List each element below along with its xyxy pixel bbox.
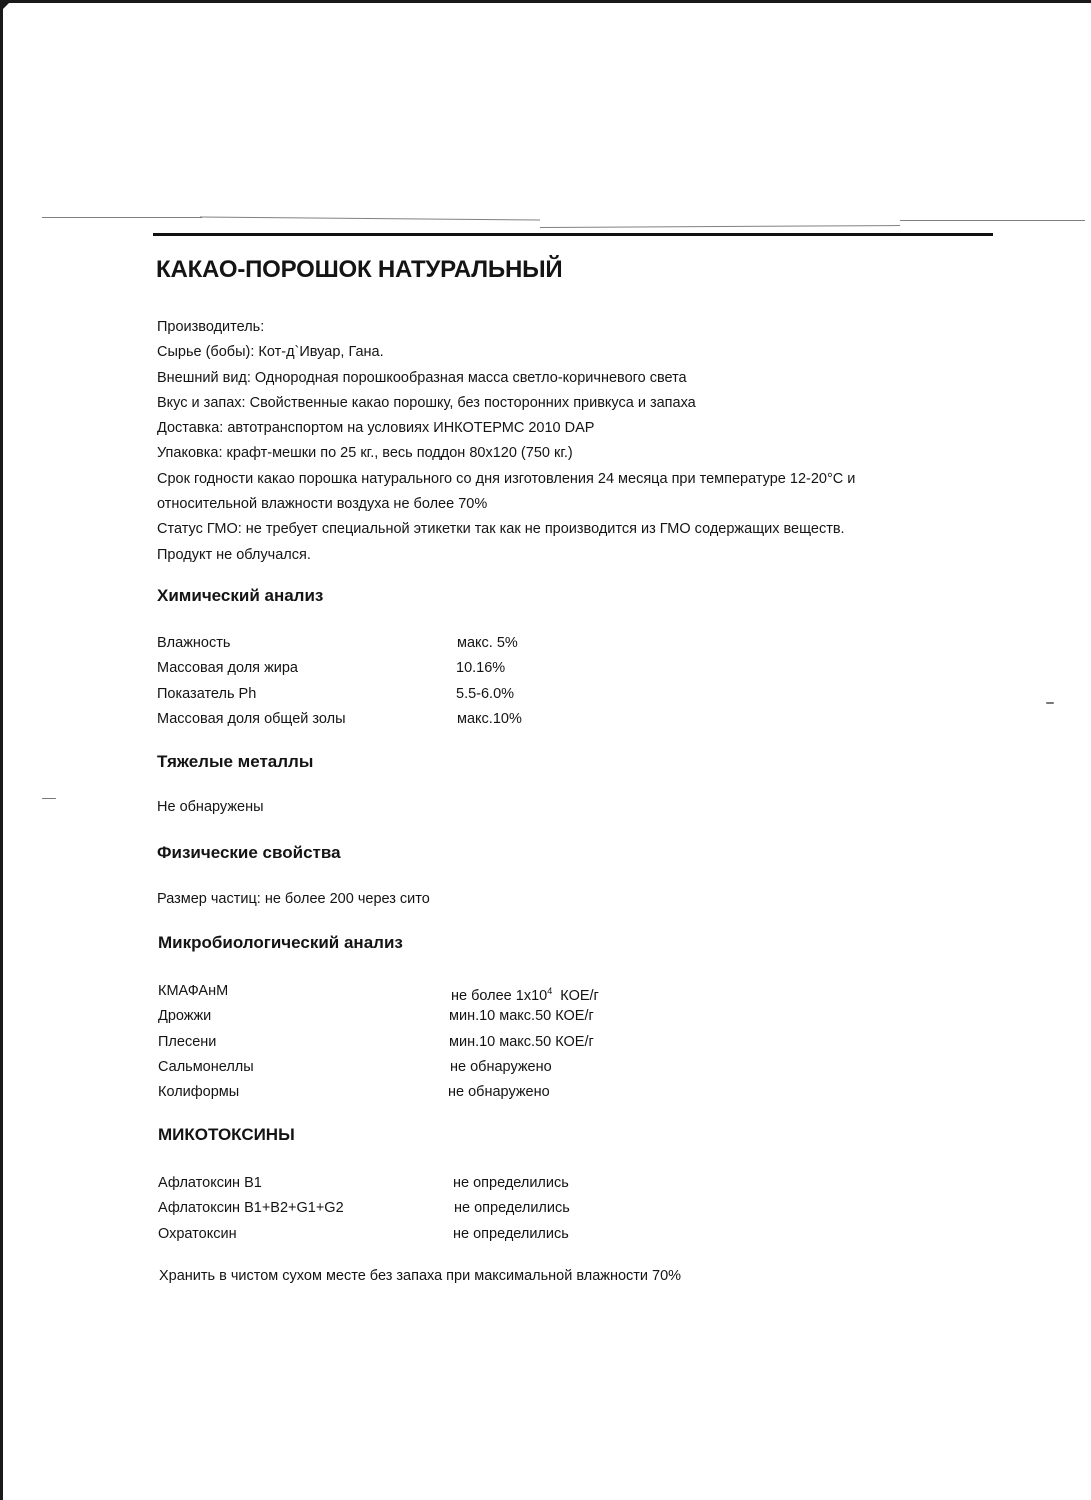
row-value: мин.10 макс.50 КОЕ/г xyxy=(449,1030,594,1055)
info-line-irradiation: Продукт не облучался. xyxy=(157,543,977,568)
info-line-packaging: Упаковка: крафт-мешки по 25 кг., весь по… xyxy=(157,441,977,466)
row-label: Охратоксин xyxy=(158,1222,237,1247)
value-prefix: не более 1х10 xyxy=(451,988,547,1004)
value-suffix: КОЕ/г xyxy=(552,988,599,1004)
row-label: Массовая доля жира xyxy=(157,656,298,681)
scan-border-top xyxy=(0,0,1091,3)
info-line-taste-smell: Вкус и запах: Свойственные какао порошку… xyxy=(157,391,977,416)
row-label: Массовая доля общей золы xyxy=(157,707,346,732)
row-value: мин.10 макс.50 КОЕ/г xyxy=(449,1004,594,1029)
header-faint-line xyxy=(42,217,202,218)
document-title: КАКАО-ПОРОШОК НАТУРАЛЬНЫЙ xyxy=(156,256,562,284)
row-label: Дрожжи xyxy=(158,1004,211,1029)
row-label: КМАФАнМ xyxy=(158,979,228,1004)
storage-note: Хранить в чистом сухом месте без запаха … xyxy=(159,1268,681,1284)
header-faint-line xyxy=(540,225,900,228)
mycotoxins-heading: МИКОТОКСИНЫ xyxy=(158,1125,295,1145)
scan-speck xyxy=(42,798,56,799)
row-label: Плесени xyxy=(158,1030,216,1055)
scan-border-left xyxy=(0,0,3,1500)
row-value: не обнаружено xyxy=(450,1055,552,1080)
row-value: макс.10% xyxy=(457,707,522,732)
row-value: не определились xyxy=(454,1196,570,1221)
info-line-delivery: Доставка: автотранспортом на условиях ИН… xyxy=(157,416,977,441)
header-rule xyxy=(153,233,993,236)
header-faint-line xyxy=(900,220,1085,221)
scan-corner xyxy=(0,0,12,12)
row-value: не определились xyxy=(453,1222,569,1247)
row-label: Колиформы xyxy=(158,1080,239,1105)
row-label: Показатель Ph xyxy=(157,682,256,707)
row-label: Влажность xyxy=(157,631,230,656)
row-value: 5.5-6.0% xyxy=(456,682,514,707)
row-value: не обнаружено xyxy=(448,1080,550,1105)
row-label: Сальмонеллы xyxy=(158,1055,254,1080)
scan-speck xyxy=(1046,702,1054,704)
info-line-raw-material: Сырье (бобы): Кот-д`Ивуар, Гана. xyxy=(157,340,977,365)
heavy-metals-heading: Тяжелые металлы xyxy=(157,752,313,772)
row-value: 10.16% xyxy=(456,656,505,681)
row-label: Афлатоксин В1 xyxy=(158,1171,262,1196)
row-value: макс. 5% xyxy=(457,631,518,656)
info-line-shelf-life: Срок годности какао порошка натурального… xyxy=(157,467,977,492)
header-faint-line xyxy=(200,217,540,221)
heavy-metals-result: Не обнаружены xyxy=(157,799,264,815)
product-info: Производитель: Сырье (бобы): Кот-д`Ивуар… xyxy=(157,315,977,568)
row-label: Афлатоксин В1+В2+G1+G2 xyxy=(158,1196,344,1221)
microbiological-analysis-heading: Микробиологический анализ xyxy=(158,933,403,953)
info-line-gmo-status: Статус ГМО: не требует специальной этике… xyxy=(157,517,977,542)
row-value: не определились xyxy=(453,1171,569,1196)
info-line-manufacturer: Производитель: xyxy=(157,315,977,340)
physical-properties-heading: Физические свойства xyxy=(157,843,341,863)
info-line-appearance: Внешний вид: Однородная порошкообразная … xyxy=(157,366,977,391)
info-line-shelf-life-cont: относительной влажности воздуха не более… xyxy=(157,492,977,517)
particle-size: Размер частиц: не более 200 через сито xyxy=(157,891,430,907)
chemical-analysis-heading: Химический анализ xyxy=(157,586,323,606)
